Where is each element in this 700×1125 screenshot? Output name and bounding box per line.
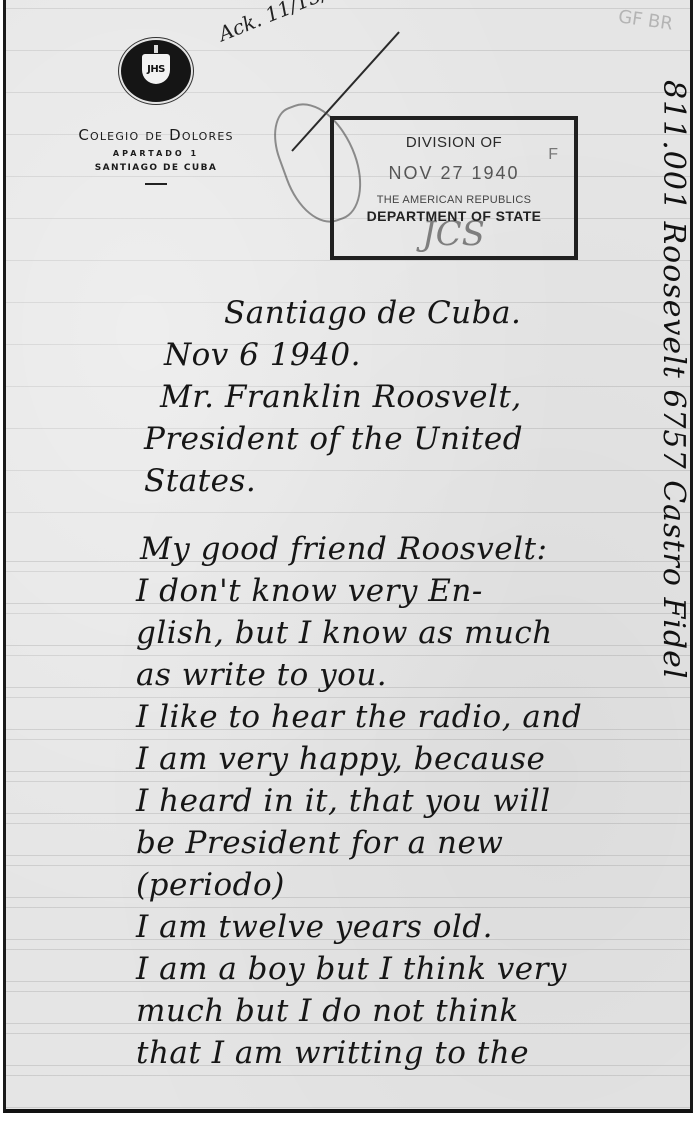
body-line: (periodo) [136,864,666,906]
letter-body: Santiago de Cuba. Nov 6 1940. Mr. Frankl… [126,292,666,1074]
letter-date: Nov 6 1940. [164,334,666,376]
received-stamp: DIVISION OF NOV 27 1940 THE AMERICAN REP… [330,116,578,260]
cross-icon [154,45,158,53]
stamp-initials: JCS [422,214,485,254]
body-line: that I am writting to the [136,1032,666,1074]
letter-salutation: My good friend Roosvelt: [140,528,666,570]
body-line: I heard in it, that you will [136,780,666,822]
stamp-corner-letter: F [548,146,558,164]
body-line: I don't know very En- [136,570,666,612]
body-line: I am very happy, because [136,738,666,780]
letterhead-divider [145,183,167,185]
body-line: I am a boy but I think very [136,948,666,990]
letterhead-address: APARTADO 1 [16,149,296,158]
body-line: much but I do not think [136,990,666,1032]
seal-shield: JHS [142,54,170,84]
letterhead-city: SANTIAGO DE CUBA [16,163,296,173]
letter-addressee-title-cont: States. [144,460,666,502]
stamp-division: DIVISION OF [334,134,574,151]
body-line: as write to you. [136,654,666,696]
letter-page: JHS Colegio de Dolores APARTADO 1 SANTIA… [3,0,693,1113]
letterhead-school-name: Colegio de Dolores [16,126,296,144]
body-line: be President for a new [136,822,666,864]
stamp-date: NOV 27 1940 [334,163,574,184]
stamp-republics: THE AMERICAN REPUBLICS [334,194,574,206]
letter-addressee: Mr. Franklin Roosvelt, [160,376,666,418]
body-line: I am twelve years old. [136,906,666,948]
letter-addressee-title: President of the United [144,418,666,460]
jhs-seal-icon: JHS [121,40,191,102]
body-line: I like to hear the radio, and [136,696,666,738]
letter-place: Santiago de Cuba. [224,292,666,334]
letterhead: JHS Colegio de Dolores APARTADO 1 SANTIA… [16,40,296,185]
body-line: glish, but I know as much [136,612,666,654]
